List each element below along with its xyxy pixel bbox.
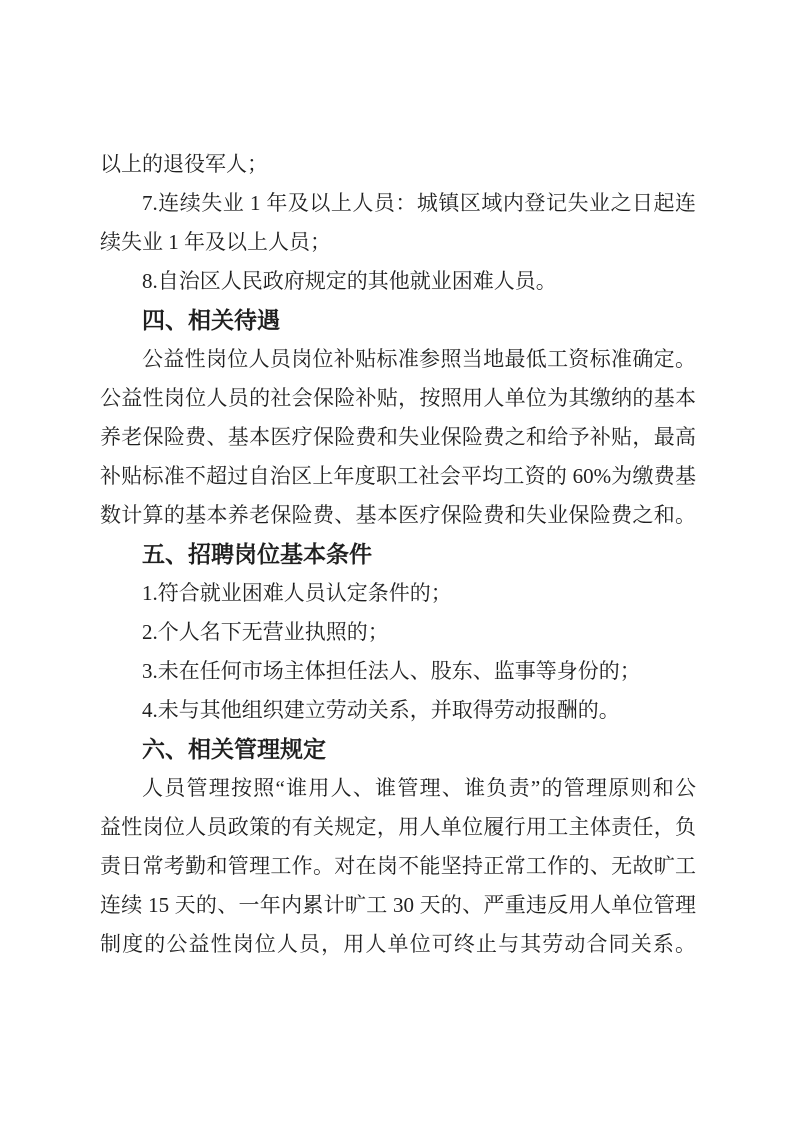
body-line: 数计算的基本养老保险费、基本医疗保险费和失业保险费之和。 [100,496,696,535]
body-line: 制度的公益性岗位人员，用人单位可终止与其劳动合同关系。《公 [100,925,696,964]
list-item: 2.个人名下无营业执照的； [100,613,696,652]
body-line: 公益性岗位人员岗位补贴标准参照当地最低工资标准确定。 [100,340,696,379]
body-line: 养老保险费、基本医疗保险费和失业保险费之和给予补贴，最高 [100,418,696,457]
list-item: 4.未与其他组织建立劳动关系，并取得劳动报酬的。 [100,691,696,730]
body-line: 补贴标准不超过自治区上年度职工社会平均工资的 60%为缴费基 [100,457,696,496]
body-line: 连续 15 天的、一年内累计旷工 30 天的、严重违反用人单位管理 [100,886,696,925]
body-line: 续失业 1 年及以上人员； [100,223,696,262]
body-line: 责日常考勤和管理工作。对在岗不能坚持正常工作的、无故旷工 [100,847,696,886]
body-line: 益性岗位人员政策的有关规定，用人单位履行用工主体责任，负 [100,808,696,847]
body-line: 人员管理按照“谁用人、谁管理、谁负责”的管理原则和公 [100,769,696,808]
section-heading-benefits: 四、相关待遇 [100,301,696,340]
list-item: 3.未在任何市场主体担任法人、股东、监事等身份的； [100,652,696,691]
section-heading-requirements: 五、招聘岗位基本条件 [100,535,696,574]
body-line: 以上的退役军人； [100,145,696,184]
section-heading-management: 六、相关管理规定 [100,730,696,769]
body-line: 8.自治区人民政府规定的其他就业困难人员。 [100,262,696,301]
body-line: 公益性岗位人员的社会保险补贴，按照用人单位为其缴纳的基本 [100,379,696,418]
document-page: 以上的退役军人； 7.连续失业 1 年及以上人员：城镇区域内登记失业之日起连 续… [0,0,793,1122]
list-item: 1.符合就业困难人员认定条件的； [100,574,696,613]
document-body: 以上的退役军人； 7.连续失业 1 年及以上人员：城镇区域内登记失业之日起连 续… [100,145,696,964]
body-line: 7.连续失业 1 年及以上人员：城镇区域内登记失业之日起连 [100,184,696,223]
